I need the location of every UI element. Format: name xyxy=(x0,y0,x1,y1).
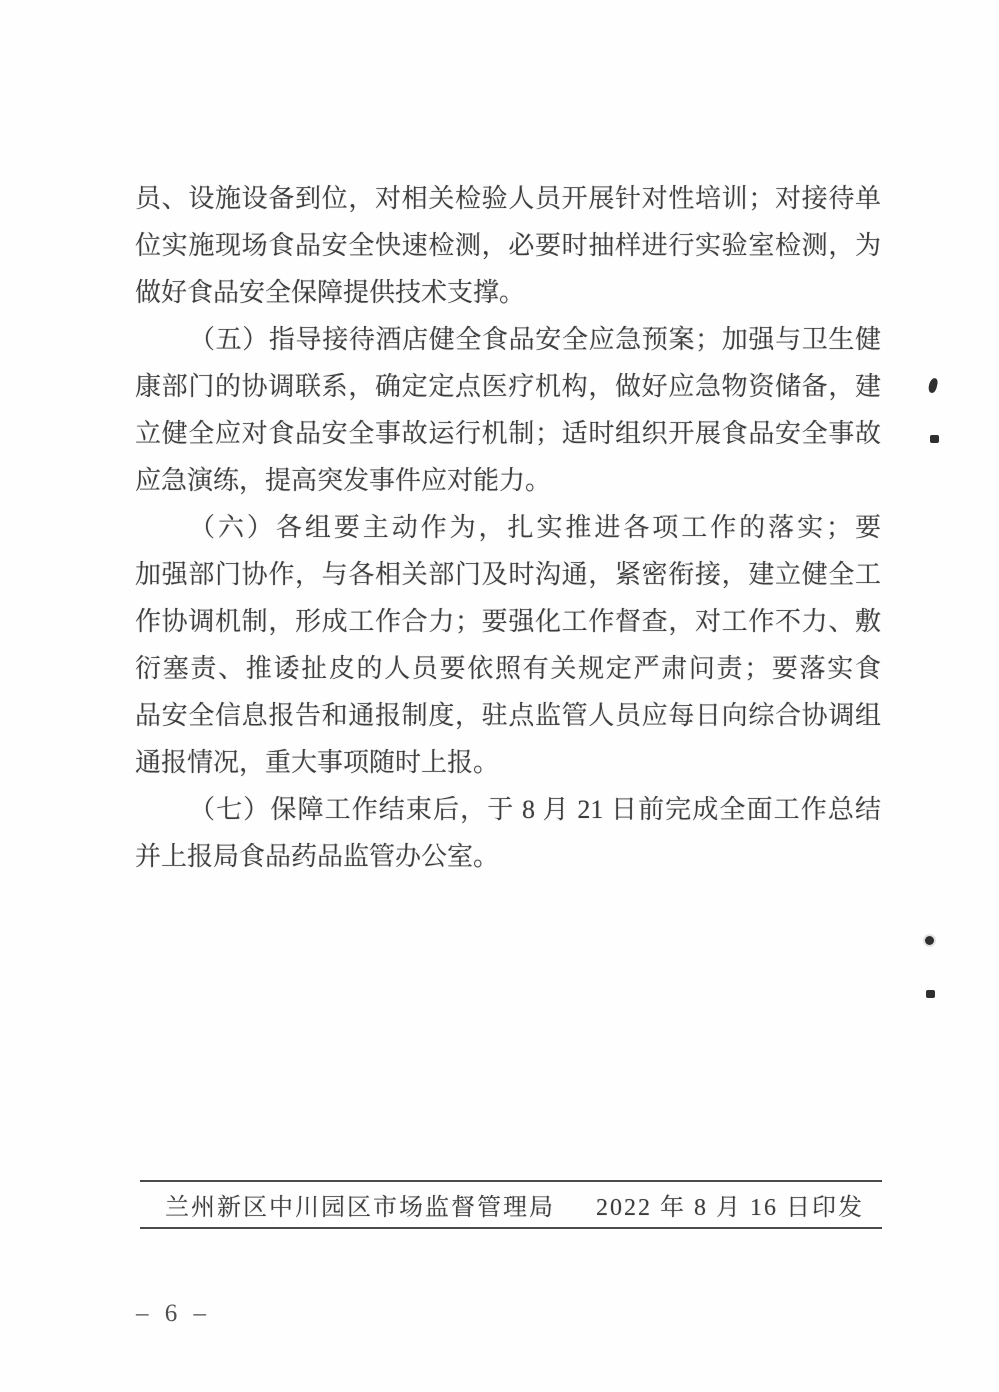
body-text-line: 位实施现场食品安全快速检测，必要时抽样进行实验室检测，为 xyxy=(135,222,881,269)
print-date: 2022 年 8 月 16 日印发 xyxy=(596,1187,864,1222)
footer-row: 兰州新区中川园区市场监督管理局 2022 年 8 月 16 日印发 xyxy=(140,1182,882,1227)
scan-artifact-mark xyxy=(930,435,939,443)
body-text-line: 通报情况，重大事项随时上报。 xyxy=(135,739,881,786)
body-text-line: 立健全应对食品安全事故运行机制；适时组织开展食品安全事故 xyxy=(135,410,881,457)
body-text-line: 品安全信息报告和通报制度，驻点监管人员应每日向综合协调组 xyxy=(135,692,881,739)
scan-artifact-mark xyxy=(926,990,935,998)
body-text-line: 并上报局食品药品监管办公室。 xyxy=(135,833,881,880)
footer-bottom-rule xyxy=(140,1227,882,1229)
body-text-line: （六）各组要主动作为，扎实推进各项工作的落实；要 xyxy=(135,504,881,551)
document-body: 员、设施设备到位，对相关检验人员开展针对性培训；对接待单位实施现场食品安全快速检… xyxy=(135,175,881,880)
document-footer: 兰州新区中川园区市场监督管理局 2022 年 8 月 16 日印发 xyxy=(140,1180,882,1229)
body-text-line: 作协调机制，形成工作合力；要强化工作督查，对工作不力、敷 xyxy=(135,598,881,645)
issuer-name: 兰州新区中川园区市场监督管理局 xyxy=(165,1187,555,1222)
body-text-line: 做好食品安全保障提供技术支撑。 xyxy=(135,269,881,316)
body-text-line: 加强部门协作，与各相关部门及时沟通，紧密衔接，建立健全工 xyxy=(135,551,881,598)
scan-artifact-mark xyxy=(925,936,934,945)
scan-artifact-mark xyxy=(928,377,939,393)
body-text-line: 康部门的协调联系，确定定点医疗机构，做好应急物资储备，建 xyxy=(135,363,881,410)
body-text-line: （五）指导接待酒店健全食品安全应急预案；加强与卫生健 xyxy=(135,316,881,363)
scanned-page: 员、设施设备到位，对相关检验人员开展针对性培训；对接待单位实施现场食品安全快速检… xyxy=(0,0,999,1392)
page-number: – 6 – xyxy=(136,1300,211,1328)
body-text-line: 衍塞责、推诿扯皮的人员要依照有关规定严肃问责；要落实食 xyxy=(135,645,881,692)
body-text-line: （七）保障工作结束后，于 8 月 21 日前完成全面工作总结 xyxy=(135,786,881,833)
body-text-line: 应急演练，提高突发事件应对能力。 xyxy=(135,457,881,504)
body-text-line: 员、设施设备到位，对相关检验人员开展针对性培训；对接待单 xyxy=(135,175,881,222)
